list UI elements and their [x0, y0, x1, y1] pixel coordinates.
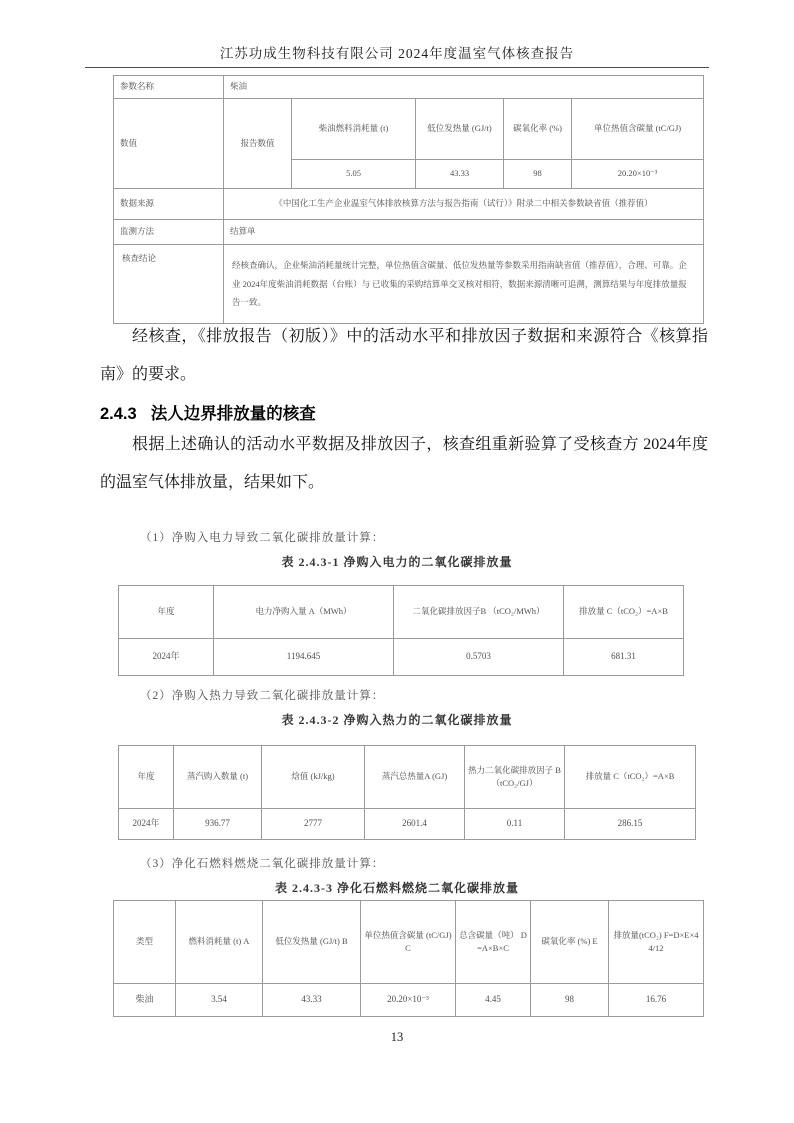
- fuel-header-emission: 排放量(tCO₂) F=D×E×44/12: [609, 901, 704, 984]
- fuel-header-carbon-content: 单位热值含碳量 (tC/GJ) C: [361, 901, 456, 984]
- document-header-title: 江苏功成生物科技有限公司 2024年度温室气体核查报告: [0, 42, 794, 62]
- data-source-value: 《中国化工生产企业温室气体排放核算方法与报告指南（试行）》附录二中相关参数缺省值…: [224, 189, 704, 220]
- elec-header-purchased: 电力净购入量 A（MWh）: [214, 586, 394, 639]
- fuel-ncv: 43.33: [263, 984, 361, 1017]
- heat-steam-qty: 936.77: [174, 809, 262, 840]
- paragraph-recalculation: 根据上述确认的活动水平数据及排放因子，核查组重新验算了受核查方 2024年度的温…: [100, 426, 708, 501]
- header-carbon-content: 单位热值含碳量 (tC/GJ): [572, 99, 704, 160]
- header-oxidation-rate: 碳氧化率 (%): [504, 99, 572, 160]
- param-name-label: 参数名称: [114, 76, 224, 99]
- fuel-total-carbon: 4.45: [456, 984, 531, 1017]
- section-heading-2-4-3: 2.4.3法人边界排放量的核查: [100, 400, 708, 424]
- heat-factor: 0.11: [465, 809, 565, 840]
- monitoring-method-label: 监测方法: [114, 220, 224, 245]
- elec-purchased: 1194.645: [214, 639, 394, 676]
- monitoring-method-value: 结算单: [224, 220, 704, 245]
- elec-year: 2024年: [119, 639, 214, 676]
- heat-emission-table: 年度 蒸汽购入数量 (t) 焓值 (kJ/kg) 蒸汽总热量A (GJ) 热力二…: [118, 745, 696, 840]
- verification-conclusion-value: 经核查确认，企业柴油消耗量统计完整，单位热值含碳量、低位发热量等参数采用指南缺省…: [224, 245, 704, 324]
- heat-year: 2024年: [119, 809, 174, 840]
- header-fuel-consumption: 柴油燃料消耗量 (t): [292, 99, 416, 160]
- fuel-header-consumption: 燃料消耗量 (t) A: [176, 901, 263, 984]
- value-fuel-consumption: 5.05: [292, 160, 416, 189]
- value-carbon-content: 20.20×10⁻³: [572, 160, 704, 189]
- electricity-emission-table: 年度 电力净购入量 A（MWh） 二氧化碳排放因子B （tCO₂/MWh） 排放…: [118, 585, 684, 676]
- report-page: 江苏功成生物科技有限公司 2024年度温室气体核查报告 参数名称 柴油 数值 报…: [0, 0, 794, 1123]
- elec-header-factor: 二氧化碳排放因子B （tCO₂/MWh）: [394, 586, 564, 639]
- heat-header-emission: 排放量 C（tCO₂）=A×B: [565, 746, 696, 809]
- fuel-emission-table: 类型 燃料消耗量 (t) A 低位发热量 (GJ/t) B 单位热值含碳量 (t…: [113, 900, 704, 1017]
- fuel-carbon-content: 20.20×10⁻³: [361, 984, 456, 1017]
- elec-header-year: 年度: [119, 586, 214, 639]
- heat-header-steam-qty: 蒸汽购入数量 (t): [174, 746, 262, 809]
- page-number: 13: [0, 1030, 794, 1045]
- fuel-header-total-carbon: 总含碳量（吨） D=A×B×C: [456, 901, 531, 984]
- paragraph-verification-statement: 经核查，《排放报告（初版）》中的活动水平和排放因子数据和来源符合《核算指南》的要…: [100, 318, 708, 395]
- verification-conclusion-label: 核查结论: [114, 245, 224, 324]
- header-divider: [85, 67, 709, 68]
- data-source-label: 数据来源: [114, 189, 224, 220]
- value-oxidation-rate: 98: [504, 160, 572, 189]
- value-row-label: 数值: [114, 99, 224, 189]
- section-title: 法人边界排放量的核查: [151, 405, 316, 423]
- param-name-value: 柴油: [224, 76, 704, 99]
- value-ncv: 43.33: [416, 160, 504, 189]
- fuel-consumption: 3.54: [176, 984, 263, 1017]
- fuel-header-ncv: 低位发热量 (GJ/t) B: [263, 901, 361, 984]
- heat-enthalpy: 2777: [262, 809, 365, 840]
- item-electricity-calc: （1）净购入电力导致二氧化碳排放量计算：: [140, 529, 700, 545]
- reported-value-label: 报告数值: [224, 99, 292, 189]
- elec-emission: 681.31: [564, 639, 684, 676]
- elec-header-emission: 排放量 C（tCO₂）=A×B: [564, 586, 684, 639]
- heat-total-heat: 2601.4: [365, 809, 465, 840]
- heat-header-year: 年度: [119, 746, 174, 809]
- elec-factor: 0.5703: [394, 639, 564, 676]
- fuel-header-oxidation: 碳氧化率 (%) E: [531, 901, 609, 984]
- caption-table-2-4-3-1: 表 2.4.3-1 净购入电力的二氧化碳排放量: [0, 553, 794, 570]
- heat-header-enthalpy: 焓值 (kJ/kg): [262, 746, 365, 809]
- fuel-emission: 16.76: [609, 984, 704, 1017]
- heat-header-factor: 热力二氧化碳排放因子 B （tCO₂/GJ）: [465, 746, 565, 809]
- caption-table-2-4-3-3: 表 2.4.3-3 净化石燃料燃烧二氧化碳排放量: [0, 879, 794, 896]
- item-heat-calc: （2）净购入热力导致二氧化碳排放量计算：: [140, 687, 700, 703]
- fuel-oxidation: 98: [531, 984, 609, 1017]
- item-fuel-calc: （3）净化石燃料燃烧二氧化碳排放量计算：: [140, 855, 700, 871]
- fuel-type: 柴油: [114, 984, 176, 1017]
- diesel-parameter-table: 参数名称 柴油 数值 报告数值 柴油燃料消耗量 (t) 低位发热量 (GJ/t)…: [113, 75, 704, 324]
- heat-header-total-heat: 蒸汽总热量A (GJ): [365, 746, 465, 809]
- header-ncv: 低位发热量 (GJ/t): [416, 99, 504, 160]
- fuel-header-type: 类型: [114, 901, 176, 984]
- section-number: 2.4.3: [100, 405, 137, 423]
- caption-table-2-4-3-2: 表 2.4.3-2 净购入热力的二氧化碳排放量: [0, 711, 794, 728]
- heat-emission: 286.15: [565, 809, 696, 840]
